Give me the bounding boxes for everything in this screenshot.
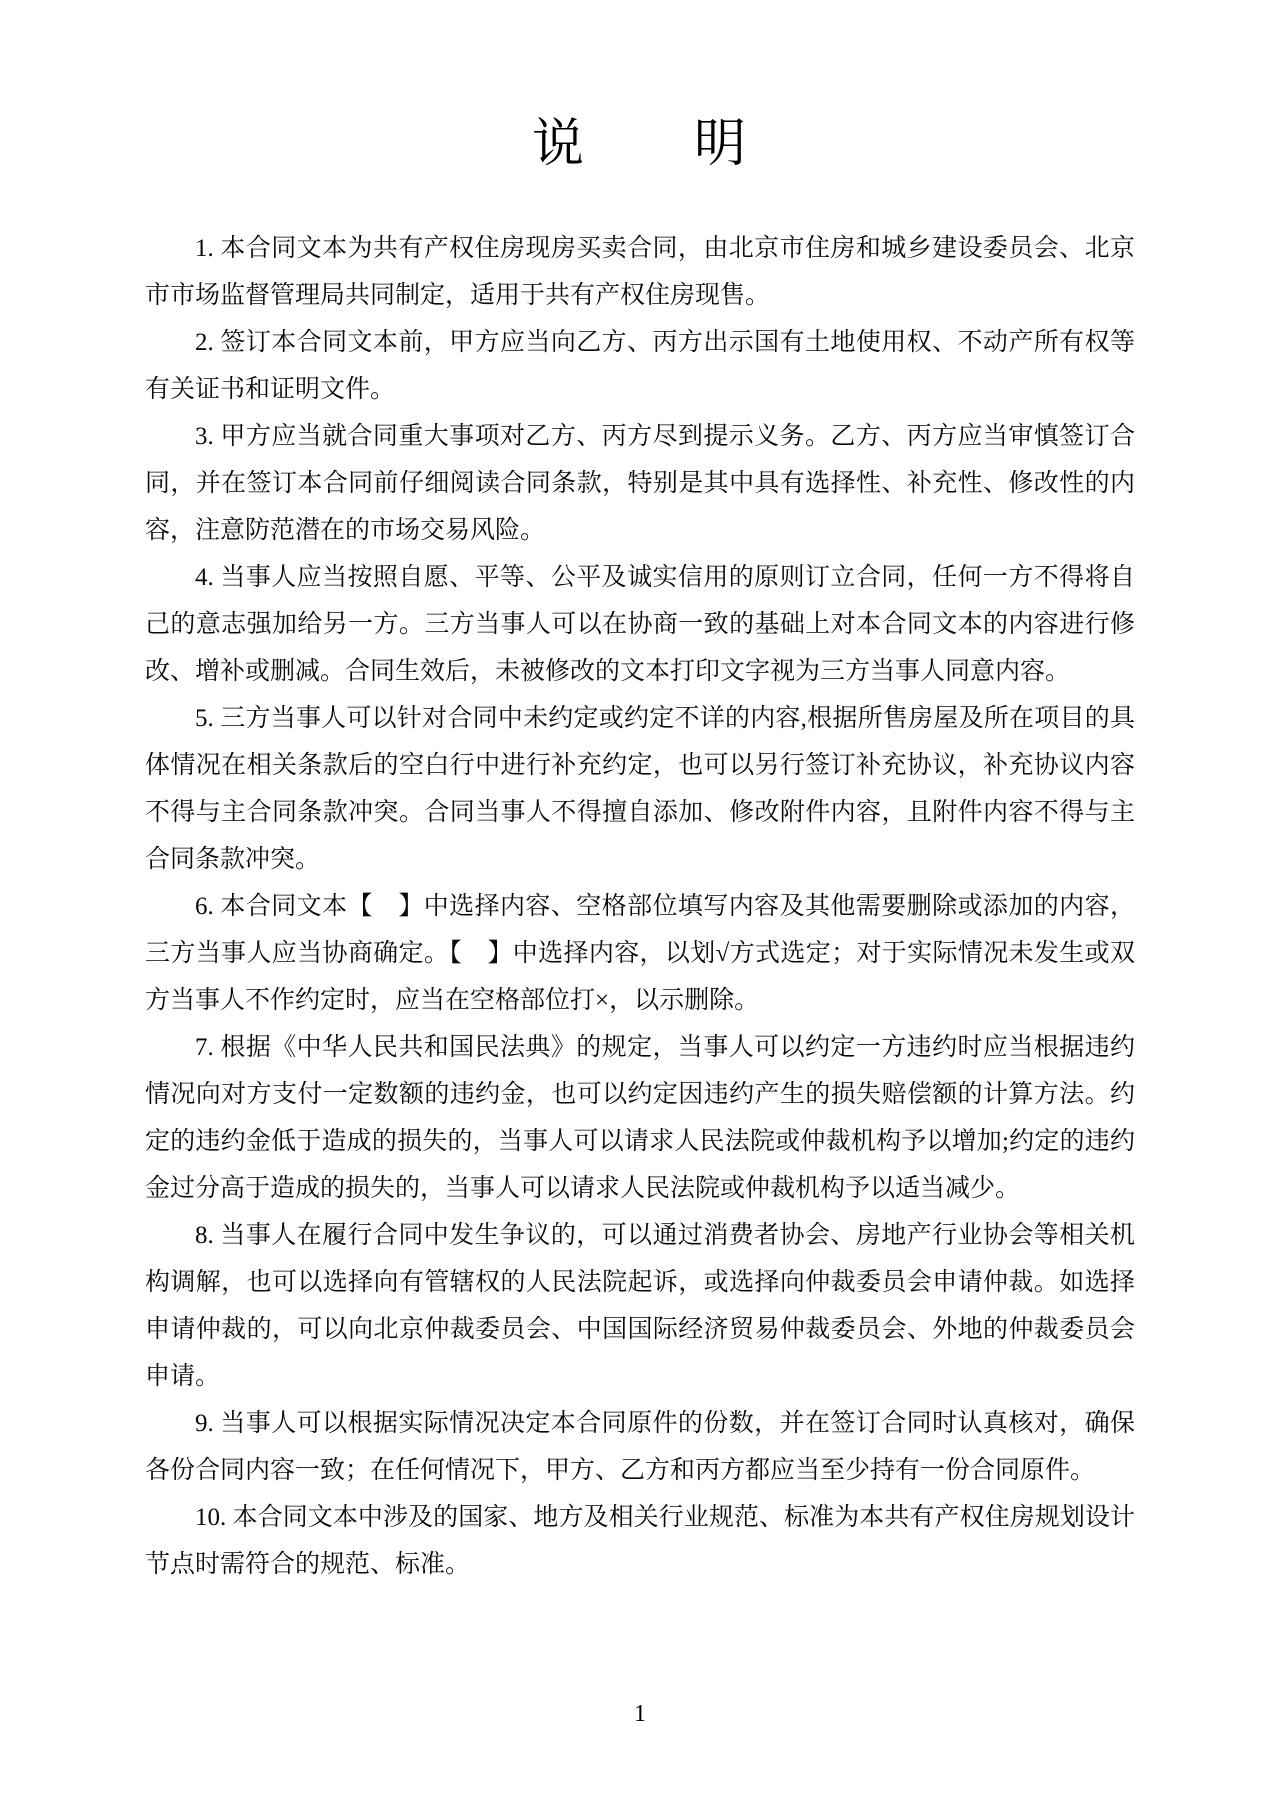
paragraph-10: 10. 本合同文本中涉及的国家、地方及相关行业规范、标准为本共有产权住房规划设计… (145, 1494, 1135, 1588)
paragraph-5: 5. 三方当事人可以针对合同中未约定或约定不详的内容,根据所售房屋及所在项目的具… (145, 695, 1135, 883)
paragraph-9: 9. 当事人可以根据实际情况决定本合同原件的份数，并在签订合同时认真核对，确保各… (145, 1400, 1135, 1494)
page-number: 1 (0, 1701, 1280, 1728)
paragraph-3: 3. 甲方应当就合同重大事项对乙方、丙方尽到提示义务。乙方、丙方应当审慎签订合同… (145, 413, 1135, 554)
document-title: 说 明 (0, 0, 1280, 177)
paragraph-2: 2. 签订本合同文本前，甲方应当向乙方、丙方出示国有土地使用权、不动产所有权等有… (145, 319, 1135, 413)
paragraph-7: 7. 根据《中华人民共和国民法典》的规定，当事人可以约定一方违约时应当根据违约情… (145, 1024, 1135, 1212)
paragraph-6: 6. 本合同文本【 】中选择内容、空格部位填写内容及其他需要删除或添加的内容，三… (145, 883, 1135, 1024)
paragraph-1: 1. 本合同文本为共有产权住房现房买卖合同，由北京市住房和城乡建设委员会、北京市… (145, 225, 1135, 319)
document-page: 说 明 1. 本合同文本为共有产权住房现房买卖合同，由北京市住房和城乡建设委员会… (0, 0, 1280, 1810)
paragraph-4: 4. 当事人应当按照自愿、平等、公平及诚实信用的原则订立合同，任何一方不得将自己… (145, 554, 1135, 695)
paragraph-8: 8. 当事人在履行合同中发生争议的，可以通过消费者协会、房地产行业协会等相关机构… (145, 1212, 1135, 1400)
document-body: 1. 本合同文本为共有产权住房现房买卖合同，由北京市住房和城乡建设委员会、北京市… (145, 225, 1135, 1588)
